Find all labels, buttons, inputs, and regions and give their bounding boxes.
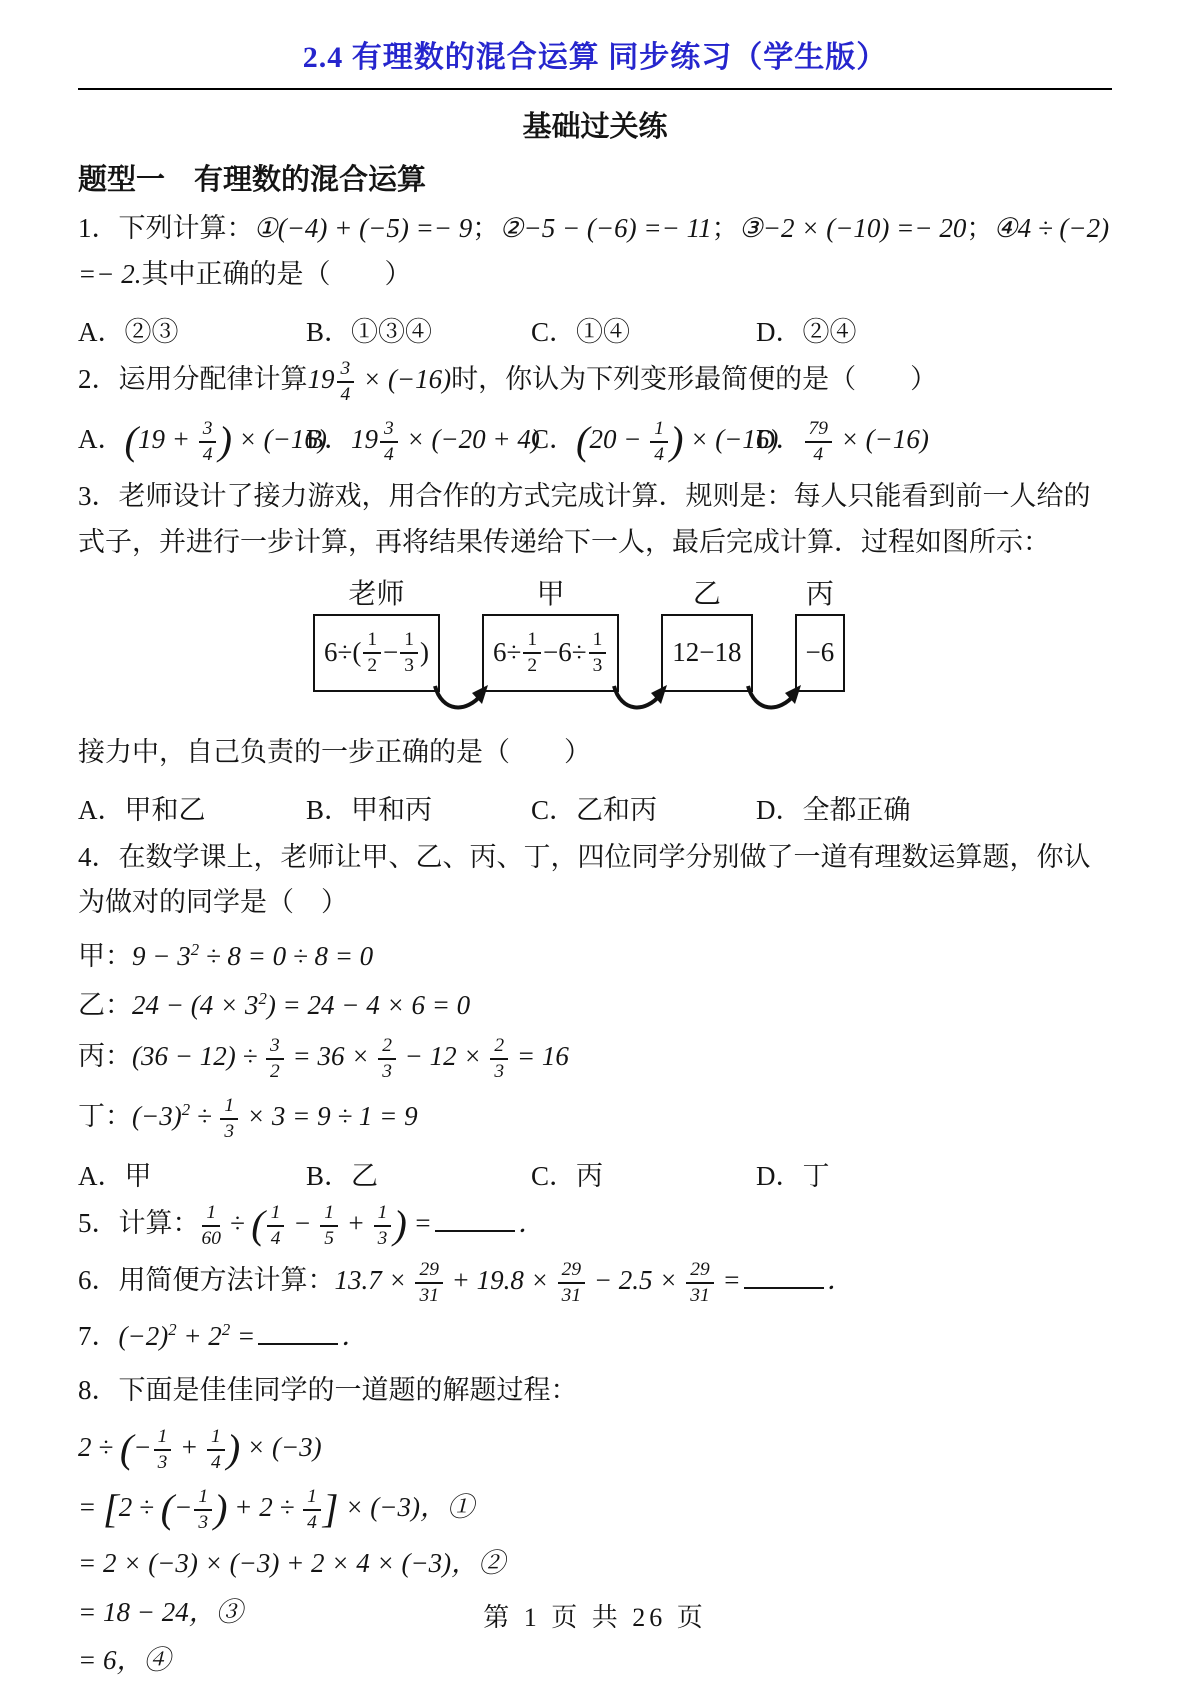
question-6-text: 6．用简便方法计算：13.7 × 2931 + 19.8 × 2931 − 2.… bbox=[78, 1258, 1112, 1307]
relay-box-jia: 6÷12−6÷13 bbox=[482, 614, 619, 692]
q2-option-b: B．1934 × (−20 + 4) bbox=[306, 417, 531, 466]
q1-option-b: B．①③④ bbox=[306, 310, 531, 349]
worksheet-page: 2.4 有理数的混合运算 同步练习（学生版） 基础过关练 题型一 有理数的混合运… bbox=[0, 0, 1190, 1682]
question-4-options: A．甲 B．乙 C．丙 D．丁 bbox=[78, 1154, 1112, 1193]
q4-work-ding: 丁：(−3)2 ÷ 13 × 3 = 9 ÷ 1 = 9 bbox=[78, 1095, 1112, 1143]
question-3-options: A．甲和乙 B．甲和丙 C．乙和丙 D．全都正确 bbox=[78, 788, 1112, 827]
q4-option-b: B．乙 bbox=[306, 1154, 531, 1193]
page-footer: 第 1 页 共 26 页 bbox=[0, 1597, 1190, 1634]
q4-option-a: A．甲 bbox=[78, 1154, 306, 1193]
curved-arrow-icon bbox=[743, 680, 805, 720]
relay-step-jia: 甲 6÷12−6÷13 bbox=[482, 572, 619, 692]
relay-step-yi: 乙 12−18 bbox=[661, 572, 752, 692]
topic-heading: 题型一 有理数的混合运算 bbox=[78, 157, 1112, 198]
relay-label-yi: 乙 bbox=[693, 572, 721, 612]
relay-label-bing: 丙 bbox=[806, 572, 834, 612]
q2-option-d: D．794 × (−16) bbox=[756, 417, 1112, 466]
q4-option-c: C．丙 bbox=[531, 1154, 756, 1193]
question-4-text: 4．在数学课上，老师让甲、乙、丙、丁，四位同学分别做了一道有理数运算题，你认为做… bbox=[78, 835, 1112, 927]
relay-label-jia: 甲 bbox=[537, 572, 565, 612]
relay-label-teacher: 老师 bbox=[348, 572, 404, 612]
relay-box-teacher: 6÷(12−13) bbox=[313, 614, 440, 692]
title-divider bbox=[78, 88, 1112, 90]
section-heading: 基础过关练 bbox=[78, 104, 1112, 145]
question-1-text: 1．下列计算：①(−4) + (−5) =− 9；②−5 − (−6) =− 1… bbox=[78, 206, 1112, 298]
q4-work-bing: 丙：(36 − 12) ÷ 32 = 36 × 23 − 12 × 23 = 1… bbox=[78, 1035, 1112, 1083]
question-3-text2: 接力中，自己负责的一步正确的是（ ） bbox=[78, 730, 1112, 776]
q1-option-c: C．①④ bbox=[531, 310, 756, 349]
q1-option-a: A．②③ bbox=[78, 310, 306, 349]
q8-step-1: = [2 ÷ (−13) + 2 ÷ 14] × (−3)，① bbox=[78, 1486, 1112, 1534]
q8-step-0: 2 ÷ (−13 + 14) × (−3) bbox=[78, 1426, 1112, 1474]
relay-step-teacher: 老师 6÷(12−13) bbox=[313, 572, 440, 692]
relay-box-yi: 12−18 bbox=[661, 614, 752, 692]
question-7-text: 7．(−2)2 + 22 =． bbox=[78, 1314, 1112, 1360]
q4-work-jia: 甲：9 − 32 ÷ 8 = 0 ÷ 8 = 0 bbox=[78, 938, 1112, 974]
q3-option-d: D．全都正确 bbox=[756, 788, 1112, 827]
q4-option-d: D．丁 bbox=[756, 1154, 1112, 1193]
q2-option-a: A．(19 + 34) × (−16) bbox=[78, 417, 306, 466]
relay-step-bing: 丙 −6 bbox=[795, 572, 846, 692]
q8-step-4: = 6，④ bbox=[78, 1642, 1112, 1678]
question-8-text: 8．下面是佳佳同学的一道题的解题过程： bbox=[78, 1368, 1112, 1414]
q3-option-b: B．甲和丙 bbox=[306, 788, 531, 827]
q1-option-d: D．②④ bbox=[756, 310, 1112, 349]
q2-option-c: C．(20 − 14) × (−16) bbox=[531, 417, 756, 466]
question-2-text: 2．运用分配律计算1934 × (−16)时，你认为下列变形最简便的是（ ） bbox=[78, 357, 1112, 406]
curved-arrow-icon bbox=[430, 680, 492, 720]
question-3-text: 3．老师设计了接力游戏，用合作的方式完成计算．规则是：每人只能看到前一人给的式子… bbox=[78, 474, 1112, 566]
page-title: 2.4 有理数的混合运算 同步练习（学生版） bbox=[78, 32, 1112, 76]
question-1-options: A．②③ B．①③④ C．①④ D．②④ bbox=[78, 310, 1112, 349]
q4-work-yi: 乙：24 − (4 × 32) = 24 − 4 × 6 = 0 bbox=[78, 987, 1112, 1023]
question-2-options: A．(19 + 34) × (−16) B．1934 × (−20 + 4) C… bbox=[78, 417, 1112, 466]
page-content: 2.4 有理数的混合运算 同步练习（学生版） 基础过关练 题型一 有理数的混合运… bbox=[0, 0, 1190, 1679]
curved-arrow-icon bbox=[609, 680, 671, 720]
q8-step-2: = 2 × (−3) × (−3) + 2 × 4 × (−3)，② bbox=[78, 1545, 1112, 1581]
relay-diagram: 老师 6÷(12−13) 甲 6÷12−6÷13 乙 12−18 bbox=[313, 572, 1112, 692]
q3-option-a: A．甲和乙 bbox=[78, 788, 306, 827]
question-5-text: 5．计算：160 ÷ (14 − 15 + 13) =． bbox=[78, 1201, 1112, 1250]
q3-option-c: C．乙和丙 bbox=[531, 788, 756, 827]
